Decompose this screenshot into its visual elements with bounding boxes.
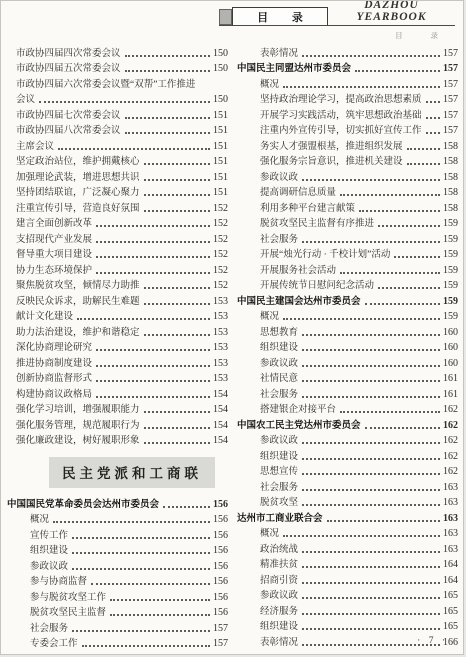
toc-entry[interactable]: 强化服务宗旨意识，推进机关建设158 [237, 153, 458, 169]
entry-title: 组织建设 [260, 342, 298, 354]
toc-entry[interactable]: 开展“烛光行动 · 千校计划”活动159 [237, 246, 458, 262]
toc-entry[interactable]: 开展学习实践活动，筑牢思想政治基础157 [237, 106, 458, 122]
dot-leader [407, 163, 440, 165]
entry-title: 中国农工民主党达州市委员会 [237, 420, 361, 432]
entry-title: 推进协商制度建设 [16, 358, 92, 370]
dot-leader [327, 520, 440, 522]
toc-entry[interactable]: 思想宣传162 [237, 463, 458, 479]
entry-page: 156 [213, 530, 228, 542]
dot-leader [365, 303, 440, 305]
toc-entry[interactable]: 市政协四届六次常委会议暨“双帮”工作推进 [7, 75, 228, 91]
toc-entry[interactable]: 构建协商议政格局154 [7, 385, 228, 401]
entry-page: 162 [443, 404, 458, 416]
entry-title: 脱贫攻坚民主监督有序推进 [260, 218, 374, 230]
toc-entry[interactable]: 社会服务157 [7, 619, 228, 635]
dot-leader [365, 427, 440, 429]
entry-title: 督导重大项目建设 [16, 249, 92, 261]
entry-page: 152 [213, 280, 228, 292]
toc-left-column: 市政协四届四次常委会议150市政协四届五次常委会议150市政协四届六次常委会议暨… [7, 44, 228, 650]
toc-entry[interactable]: 经济服务165 [237, 602, 458, 618]
entry-title: 支招现代产业发展 [16, 234, 92, 246]
dot-leader [144, 303, 210, 305]
toc-entry[interactable]: 专委会工作157 [7, 635, 228, 651]
dot-leader [302, 334, 440, 336]
toc-right-column: 表彰情况157中国民主同盟达州市委员会157概况157坚持政治理论学习，提高政治… [237, 44, 458, 650]
entry-title: 开展“烛光行动 · 千校计划”活动 [260, 249, 390, 261]
dot-leader [426, 117, 440, 119]
dot-leader [72, 630, 210, 632]
entry-page: 162 [443, 420, 458, 432]
page-number: · 7 · [417, 636, 448, 646]
entry-page: 150 [213, 94, 228, 106]
dot-leader [144, 194, 210, 196]
entry-title: 强化服务管理，规范履职行为 [16, 420, 140, 432]
entry-page: 163 [443, 528, 458, 540]
entry-title: 助力法治建设，维护和谐稳定 [16, 327, 140, 339]
entry-title: 反映民众诉求，助解民生难题 [16, 296, 140, 308]
toc-entry[interactable]: 推进协商制度建设153 [7, 354, 228, 370]
yearbook-title: DAZHOU YEARBOOK [328, 0, 455, 25]
toc-entry[interactable]: 中国民主同盟达州市委员会157 [237, 60, 458, 76]
toc-entry[interactable]: 反映民众诉求，助解民生难题153 [7, 292, 228, 308]
entry-title: 市政协四届四次常委会议 [16, 48, 121, 60]
toc-entry[interactable]: 坚持政治理论学习，提高政治思想素质157 [237, 91, 458, 107]
dot-leader [340, 411, 440, 413]
entry-page: 150 [213, 63, 228, 75]
entry-title: 精准扶贫 [260, 559, 298, 571]
entry-title: 市政协四届七次常委会议 [16, 110, 121, 122]
entry-title: 献计文化建设 [16, 311, 73, 323]
toc-title: 目 录 [257, 9, 313, 25]
entry-page: 157 [443, 125, 458, 137]
toc-entry[interactable]: 会议150 [7, 91, 228, 107]
entry-page: 160 [443, 327, 458, 339]
entry-title: 社会服务 [260, 389, 298, 401]
toc-entry[interactable]: 组织建设162 [237, 447, 458, 463]
dot-leader [144, 163, 210, 165]
toc-entry[interactable]: 思想教育160 [237, 323, 458, 339]
toc-entry[interactable]: 社会服务159 [237, 230, 458, 246]
toc-entry[interactable]: 参政议政158 [237, 168, 458, 184]
entry-page: 164 [443, 575, 458, 587]
entry-title: 注重内外宣传引导，切实抓好宣传工作 [260, 125, 422, 137]
dot-leader [426, 132, 440, 134]
toc-entry[interactable]: 深化协商理论研究153 [7, 339, 228, 355]
dot-leader [96, 272, 210, 274]
dot-leader [72, 552, 210, 554]
dot-leader [302, 458, 440, 460]
toc-entry[interactable]: 建言全面创新改革152 [7, 215, 228, 231]
entry-page: 157 [213, 623, 228, 635]
entry-page: 165 [443, 606, 458, 618]
dot-leader [77, 318, 210, 320]
toc-entry[interactable]: 参政议政156 [7, 557, 228, 573]
dot-leader [302, 365, 440, 367]
toc-entry[interactable]: 参政议政165 [237, 587, 458, 603]
entry-title: 坚定政治站位，维护拥戴核心 [16, 156, 140, 168]
header-block-icon [219, 9, 232, 25]
toc-entry[interactable]: 脱贫攻坚民主监督156 [7, 604, 228, 620]
entry-title: 政治统战 [260, 544, 298, 556]
entry-title: 社会服务 [30, 623, 68, 635]
toc-entry[interactable]: 强化服务管理，规范履职行为154 [7, 416, 228, 432]
entry-page: 159 [443, 265, 458, 277]
entry-title: 参政议政 [260, 590, 298, 602]
entry-title: 市政协四届五次常委会议 [16, 63, 121, 75]
entry-title: 概况 [260, 528, 279, 540]
toc-entry[interactable]: 支招现代产业发展152 [7, 230, 228, 246]
entry-page: 152 [213, 234, 228, 246]
entry-page: 151 [213, 172, 228, 184]
entry-page: 153 [213, 373, 228, 385]
entry-page: 159 [443, 280, 458, 292]
entry-page: 163 [443, 544, 458, 556]
dot-leader [378, 225, 440, 227]
dot-leader [144, 411, 210, 413]
entry-title: 表彰情况 [260, 637, 298, 649]
toc-entry[interactable]: 市政协四届八次常委会议151 [7, 122, 228, 138]
toc-entry[interactable]: 参政议政160 [237, 354, 458, 370]
dot-leader [302, 597, 440, 599]
entry-title: 市政协四届八次常委会议 [16, 125, 121, 137]
entry-title: 强化廉政建设，树好履职形象 [16, 435, 140, 447]
dot-leader [110, 614, 210, 616]
entry-title: 参政议政 [260, 435, 298, 447]
entry-page: 157 [443, 110, 458, 122]
dot-leader [144, 287, 210, 289]
entry-page: 163 [443, 497, 458, 509]
entry-title: 会议 [16, 94, 35, 106]
dot-leader [96, 380, 210, 382]
dot-leader [96, 256, 210, 258]
entry-page: 154 [213, 435, 228, 447]
dot-leader [144, 210, 210, 212]
dot-leader [110, 599, 210, 601]
dot-leader [125, 132, 210, 134]
entry-page: 153 [213, 327, 228, 339]
dot-leader [144, 442, 210, 444]
entry-page: 160 [443, 358, 458, 370]
entry-page: 158 [443, 156, 458, 168]
dot-leader [144, 334, 210, 336]
dot-leader [283, 318, 440, 320]
entry-title: 坚持政治理论学习，提高政治思想素质 [260, 94, 422, 106]
entry-title: 利用多种平台建言献策 [260, 203, 355, 215]
dot-leader [125, 70, 210, 72]
toc-entry[interactable]: 创新协商监督形式153 [7, 370, 228, 386]
entry-page: 156 [213, 561, 228, 573]
dot-leader [96, 349, 210, 351]
entry-page: 152 [213, 265, 228, 277]
dot-leader [58, 148, 210, 150]
toc-entry[interactable]: 招商引资164 [237, 571, 458, 587]
page-header: 目 录 DAZHOU YEARBOOK [219, 6, 455, 26]
toc-entry[interactable]: 献计文化建设153 [7, 308, 228, 324]
entry-page: 157 [443, 94, 458, 106]
entry-title: 概况 [260, 79, 279, 91]
dot-leader [302, 55, 440, 57]
toc-entry[interactable]: 利用多种平台建言献策158 [237, 199, 458, 215]
toc-entry[interactable]: 概况157 [237, 75, 458, 91]
dot-leader [302, 504, 440, 506]
dot-leader [302, 396, 440, 398]
entry-title: 社情民意 [260, 373, 298, 385]
entry-title: 聚焦脱贫攻坚，倾情尽力助推 [16, 280, 140, 292]
entry-page: 161 [443, 389, 458, 401]
entry-page: 151 [213, 125, 228, 137]
entry-page: 154 [213, 420, 228, 432]
entry-page: 156 [213, 545, 228, 557]
toc-entry[interactable]: 政治统战163 [237, 540, 458, 556]
dot-leader [91, 583, 210, 585]
entry-title: 搭建银企对接平台 [260, 404, 336, 416]
entry-title: 建言全面创新改革 [16, 218, 92, 230]
toc-entry[interactable]: 开展服务社会活动159 [237, 261, 458, 277]
dot-leader [72, 568, 210, 570]
entry-title: 参政议政 [260, 358, 298, 370]
toc-entry[interactable]: 中国农工民主党达州市委员会162 [237, 416, 458, 432]
entry-title: 表彰情况 [260, 48, 298, 60]
toc-page: 目 录 DAZHOU YEARBOOK 目 录 市政协四届四次常委会议150市政… [0, 0, 464, 655]
dot-leader [96, 365, 210, 367]
toc-entry[interactable]: 搭建银企对接平台162 [237, 401, 458, 417]
entry-title: 中国民主建国会达州市委员会 [237, 296, 361, 308]
entry-page: 156 [213, 514, 228, 526]
dot-leader [302, 551, 440, 553]
entry-page: 153 [213, 311, 228, 323]
entry-title: 专委会工作 [30, 638, 78, 650]
entry-page: 164 [443, 559, 458, 571]
entry-title: 开展传统节日慰问纪念活动 [260, 280, 374, 292]
entry-page: 157 [443, 48, 458, 60]
dot-leader [302, 380, 440, 382]
toc-entry[interactable]: 精准扶贫164 [237, 556, 458, 572]
entry-page: 157 [443, 79, 458, 91]
entry-page: 153 [213, 296, 228, 308]
entry-title: 概况 [260, 311, 279, 323]
dot-leader [283, 86, 440, 88]
dot-leader [426, 101, 440, 103]
entry-page: 160 [443, 342, 458, 354]
dot-leader [302, 582, 440, 584]
entry-title: 加强理论武装，增进思想共识 [16, 172, 140, 184]
dot-leader [340, 272, 440, 274]
toc-entry[interactable]: 强化廉政建设，树好履职形象154 [7, 432, 228, 448]
entry-page: 151 [213, 110, 228, 122]
toc-entry[interactable]: 脱贫攻坚163 [237, 494, 458, 510]
toc-entry[interactable]: 市政协四届五次常委会议150 [7, 60, 228, 76]
dot-leader [302, 489, 440, 491]
entry-page: 158 [443, 172, 458, 184]
toc-entry[interactable]: 组织建设156 [7, 542, 228, 558]
entry-page: 159 [443, 311, 458, 323]
toc-entry[interactable]: 市政协四届七次常委会议151 [7, 106, 228, 122]
dot-leader [163, 506, 210, 508]
entry-page: 157 [443, 63, 458, 75]
dot-leader [355, 70, 440, 72]
toc-entry[interactable]: 市政协四届四次常委会议150 [7, 44, 228, 60]
entry-page: 150 [213, 48, 228, 60]
toc-entry[interactable]: 参与协商监督156 [7, 573, 228, 589]
entry-title: 中国民主同盟达州市委员会 [237, 63, 351, 75]
dot-leader [39, 101, 210, 103]
toc-entry[interactable]: 脱贫攻坚民主监督有序推进159 [237, 215, 458, 231]
entry-title: 参政议政 [260, 172, 298, 184]
entry-title: 开展学习实践活动，筑牢思想政治基础 [260, 110, 422, 122]
dot-leader [96, 225, 210, 227]
dot-leader [302, 179, 440, 181]
dot-leader [302, 613, 440, 615]
dot-leader [378, 287, 440, 289]
dot-leader [125, 117, 210, 119]
dot-leader [340, 194, 440, 196]
entry-page: 158 [443, 141, 458, 153]
toc-title-box: 目 录 [232, 7, 328, 25]
entry-title: 注重宣传引导，营造良好氛围 [16, 203, 140, 215]
entry-page: 153 [213, 358, 228, 370]
entry-page: 159 [443, 218, 458, 230]
entry-title: 脱贫攻坚 [260, 497, 298, 509]
entry-page: 159 [443, 234, 458, 246]
entry-title: 社会服务 [260, 482, 298, 494]
toc-entry[interactable]: 社情民意161 [237, 370, 458, 386]
entry-page: 154 [213, 404, 228, 416]
entry-page: 156 [213, 576, 228, 588]
entry-page: 156 [213, 592, 228, 604]
toc-entry[interactable]: 督导重大项目建设152 [7, 246, 228, 262]
toc-entry[interactable]: 中国国民党革命委员会达州市委员会156 [7, 495, 228, 511]
toc-entry[interactable]: 组织建设165 [237, 618, 458, 634]
entry-title: 概况 [30, 514, 49, 526]
toc-entry[interactable]: 注重宣传引导，营造良好氛围152 [7, 199, 228, 215]
toc-entry[interactable]: 加强理论武装，增进思想共识151 [7, 168, 228, 184]
toc-entry[interactable]: 注重内外宣传引导，切实抓好宣传工作157 [237, 122, 458, 138]
toc-entry[interactable]: 协力生态环境保护152 [7, 261, 228, 277]
entry-title: 组织建设 [30, 545, 68, 557]
entry-title: 创新协商监督形式 [16, 373, 92, 385]
entry-title: 招商引资 [260, 575, 298, 587]
entry-title: 思想宣传 [260, 466, 298, 478]
entry-title: 经济服务 [260, 606, 298, 618]
dot-leader [283, 535, 440, 537]
toc-entry[interactable]: 社会服务163 [237, 478, 458, 494]
entry-title: 参与协商监督 [30, 576, 87, 588]
entry-page: 152 [213, 218, 228, 230]
toc-entry[interactable]: 务实人才强盟根基，推进组织发展158 [237, 137, 458, 153]
dot-leader [96, 396, 210, 398]
toc-entry[interactable]: 社会服务161 [237, 385, 458, 401]
entry-page: 165 [443, 590, 458, 602]
entry-title: 深化协商理论研究 [16, 342, 92, 354]
entry-page: 151 [213, 156, 228, 168]
dot-leader [144, 179, 210, 181]
dot-leader [302, 566, 440, 568]
entry-title: 协力生态环境保护 [16, 265, 92, 277]
toc-entry[interactable]: 表彰情况157 [237, 44, 458, 60]
entry-page: 151 [213, 141, 228, 153]
entry-page: 163 [443, 513, 458, 525]
entry-title: 社会服务 [260, 234, 298, 246]
toc-entry[interactable]: 开展传统节日慰问纪念活动159 [237, 277, 458, 293]
toc-entry[interactable]: 概况156 [7, 511, 228, 527]
entry-title: 构建协商议政格局 [16, 389, 92, 401]
dot-leader [125, 55, 210, 57]
entry-page: 152 [213, 203, 228, 215]
dot-leader [96, 241, 210, 243]
entry-page: 163 [443, 482, 458, 494]
entry-page: 159 [443, 296, 458, 308]
entry-page: 156 [213, 499, 228, 511]
entry-page: 156 [213, 607, 228, 619]
toc-entry[interactable]: 中国民主建国会达州市委员会159 [237, 292, 458, 308]
toc-entry[interactable]: 参与脱贫攻坚工作156 [7, 588, 228, 604]
entry-page: 157 [213, 638, 228, 650]
entry-page: 161 [443, 373, 458, 385]
toc-entry[interactable]: 宣传工作156 [7, 526, 228, 542]
toc-entry[interactable]: 概况163 [237, 525, 458, 541]
toc-entry[interactable]: 概况159 [237, 308, 458, 324]
entry-page: 159 [443, 249, 458, 261]
entry-title: 主席会议 [16, 141, 54, 153]
running-head: 目 录 [1, 30, 451, 41]
entry-title: 中国国民党革命委员会达州市委员会 [7, 499, 159, 511]
entry-title: 参政议政 [30, 561, 68, 573]
entry-title: 达州市工商业联合会 [237, 513, 323, 525]
entry-title: 参与脱贫攻坚工作 [30, 592, 106, 604]
entry-title: 开展服务社会活动 [260, 265, 336, 277]
toc-entry[interactable]: 达州市工商业联合会163 [237, 509, 458, 525]
toc-entry[interactable]: 组织建设160 [237, 339, 458, 355]
dot-leader [302, 349, 440, 351]
toc-columns: 市政协四届四次常委会议150市政协四届五次常委会议150市政协四届六次常委会议暨… [7, 44, 455, 650]
toc-entry[interactable]: 聚焦脱贫攻坚，倾情尽力助推152 [7, 277, 228, 293]
entry-page: 151 [213, 187, 228, 199]
toc-entry[interactable]: 坚定政治站位，维护拥戴核心151 [7, 153, 228, 169]
dot-leader [302, 442, 440, 444]
entry-title: 强化学习培训，增强履职能力 [16, 404, 140, 416]
dot-leader [82, 645, 210, 647]
toc-entry[interactable]: 助力法治建设，维护和谐稳定153 [7, 323, 228, 339]
entry-page: 154 [213, 389, 228, 401]
dot-leader [302, 628, 440, 630]
entry-page: 153 [213, 342, 228, 354]
entry-title: 宣传工作 [30, 530, 68, 542]
dot-leader [407, 148, 440, 150]
entry-page: 152 [213, 249, 228, 261]
toc-entry[interactable]: 提高调研信息质量158 [237, 184, 458, 200]
entry-title: 务实人才强盟根基，推进组织发展 [260, 141, 403, 153]
entry-title: 市政协四届六次常委会议暨“双帮”工作推进 [16, 79, 195, 91]
dot-leader [53, 521, 210, 523]
dot-leader [72, 537, 210, 539]
dot-leader [359, 210, 440, 212]
dot-leader [302, 473, 440, 475]
entry-title: 组织建设 [260, 451, 298, 463]
toc-entry[interactable]: 主席会议151 [7, 137, 228, 153]
entry-page: 162 [443, 451, 458, 463]
section-heading: 民主党派和工商联 [49, 457, 215, 488]
entry-title: 强化服务宗旨意识，推进机关建设 [260, 156, 403, 168]
entry-title: 提高调研信息质量 [260, 187, 336, 199]
toc-entry[interactable]: 坚持团结联谊，广泛凝心聚力151 [7, 184, 228, 200]
entry-title: 组织建设 [260, 621, 298, 633]
dot-leader [302, 241, 440, 243]
entry-title: 思想教育 [260, 327, 298, 339]
toc-entry[interactable]: 强化学习培训，增强履职能力154 [7, 401, 228, 417]
entry-page: 158 [443, 187, 458, 199]
entry-title: 坚持团结联谊，广泛凝心聚力 [16, 187, 140, 199]
toc-entry[interactable]: 参政议政162 [237, 432, 458, 448]
